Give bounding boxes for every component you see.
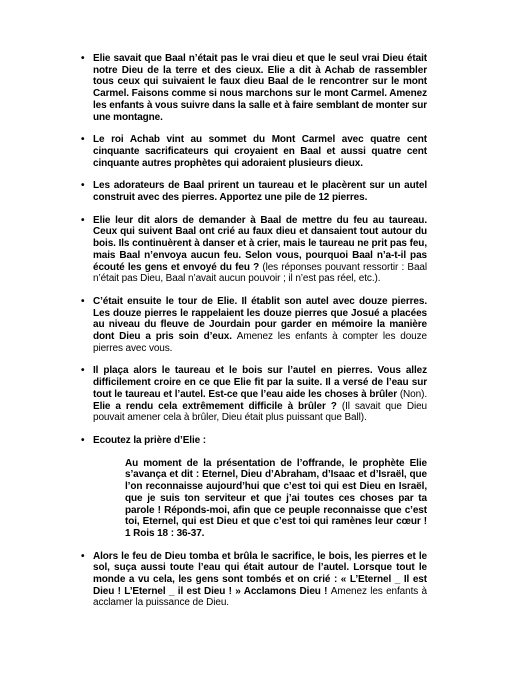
bullet-marker: • xyxy=(81,180,93,192)
bullet-item: •Le roi Achab vint au sommet du Mont Car… xyxy=(80,134,427,169)
bullet-item: •Il plaça alors le taureau et le bois su… xyxy=(80,365,427,424)
bullet-item: •C’était ensuite le tour de Elie. Il éta… xyxy=(80,296,427,355)
text-segment-bold: Le roi Achab vint au sommet du Mont Carm… xyxy=(93,134,427,168)
text-segment-bold: Ecoutez la prière d’Elie : xyxy=(93,435,206,446)
text-segment-bold: Les adorateurs de Baal prirent un taurea… xyxy=(93,180,427,203)
bullet-marker: • xyxy=(81,435,93,447)
bullet-marker: • xyxy=(81,134,93,146)
text-segment-bold: Il plaça alors le taureau et le bois sur… xyxy=(93,365,427,399)
bullet-item: •Alors le feu de Dieu tomba et brûla le … xyxy=(80,551,427,610)
text-segment-bold: Au moment de la présentation de l’offran… xyxy=(125,458,427,539)
text-segment-regular: (Non). xyxy=(400,389,427,400)
bullet-marker: • xyxy=(81,296,93,308)
document-page: •Elie savait que Baal n’était pas le vra… xyxy=(0,0,532,688)
bullet-marker: • xyxy=(81,551,93,563)
text-segment-bold: Elie a rendu cela extrêmement difficile … xyxy=(93,401,342,412)
bullet-marker: • xyxy=(81,215,93,227)
prayer-paragraph: Au moment de la présentation de l’offran… xyxy=(125,458,427,540)
text-segment-bold: Elie savait que Baal n’était pas le vrai… xyxy=(93,53,427,123)
bullet-marker: • xyxy=(81,365,93,377)
bullet-item: •Ecoutez la prière d’Elie : xyxy=(80,435,427,447)
bullet-marker: • xyxy=(81,53,93,65)
bullet-item: •Elie savait que Baal n’était pas le vra… xyxy=(80,53,427,123)
document-content: •Elie savait que Baal n’était pas le vra… xyxy=(80,53,427,620)
bullet-item: •Les adorateurs de Baal prirent un taure… xyxy=(80,180,427,203)
bullet-item: •Elie leur dit alors de demander à Baal … xyxy=(80,215,427,285)
